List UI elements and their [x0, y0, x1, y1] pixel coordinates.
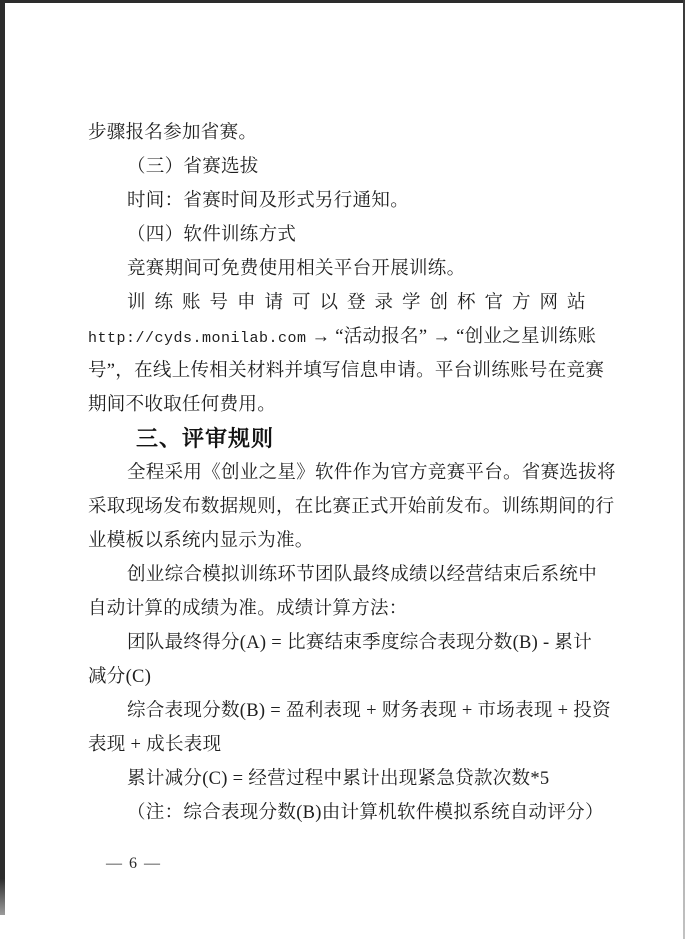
url-line-rest: → “活动报名” → “创业之星训练账: [307, 327, 597, 347]
doc-line-formula-b-cont: 表现 + 成长表现: [88, 728, 600, 762]
doc-line: 步骤报名参加省赛。: [88, 116, 600, 150]
doc-line: 期间不收取任何费用。: [88, 388, 600, 422]
doc-line-formula-c: 累计减分(C) = 经营过程中累计出现紧急贷款次数*5: [88, 762, 600, 796]
doc-line: 竞赛期间可免费使用相关平台开展训练。: [88, 252, 600, 286]
scan-edge-left: [0, 0, 5, 915]
doc-line: 训练账号申请可以登录学创杯官方网站: [88, 286, 600, 320]
doc-line-url: http://cyds.monilab.com → “活动报名” → “创业之星…: [88, 320, 600, 354]
doc-line: 采取现场发布数据规则，在比赛正式开始前发布。训练期间的行: [88, 490, 600, 524]
doc-line: 号”，在线上传相关材料并填写信息申请。平台训练账号在竞赛: [88, 354, 600, 388]
doc-line-formula-b: 综合表现分数(B) = 盈利表现 + 财务表现 + 市场表现 + 投资: [88, 694, 600, 728]
doc-line-note: （注：综合表现分数(B)由计算机软件模拟系统自动评分）: [88, 796, 600, 830]
doc-line: 业模板以系统内显示为准。: [88, 524, 600, 558]
doc-line: 自动计算的成绩为准。成绩计算方法：: [88, 592, 600, 626]
doc-line-subsection-4: （四）软件训练方式: [88, 218, 600, 252]
section-heading-review-rules: 三、评审规则: [88, 422, 600, 456]
doc-line-formula-a-cont: 减分(C): [88, 660, 600, 694]
doc-line: 创业综合模拟训练环节团队最终成绩以经营结束后系统中: [88, 558, 600, 592]
doc-line: 时间：省赛时间及形式另行通知。: [88, 184, 600, 218]
doc-line: 全程采用《创业之星》软件作为官方竞赛平台。省赛选拔将: [88, 456, 600, 490]
scan-edge-top: [0, 0, 685, 3]
document-body: 步骤报名参加省赛。 （三）省赛选拔 时间：省赛时间及形式另行通知。 （四）软件训…: [88, 116, 600, 830]
doc-line-subsection-3: （三）省赛选拔: [88, 150, 600, 184]
training-site-url: http://cyds.monilab.com: [88, 330, 307, 347]
scanned-document-page: 步骤报名参加省赛。 （三）省赛选拔 时间：省赛时间及形式另行通知。 （四）软件训…: [0, 0, 685, 939]
doc-line-formula-a: 团队最终得分(A) = 比赛结束季度综合表现分数(B) - 累计: [88, 626, 600, 660]
page-number: — 6 —: [106, 855, 162, 873]
